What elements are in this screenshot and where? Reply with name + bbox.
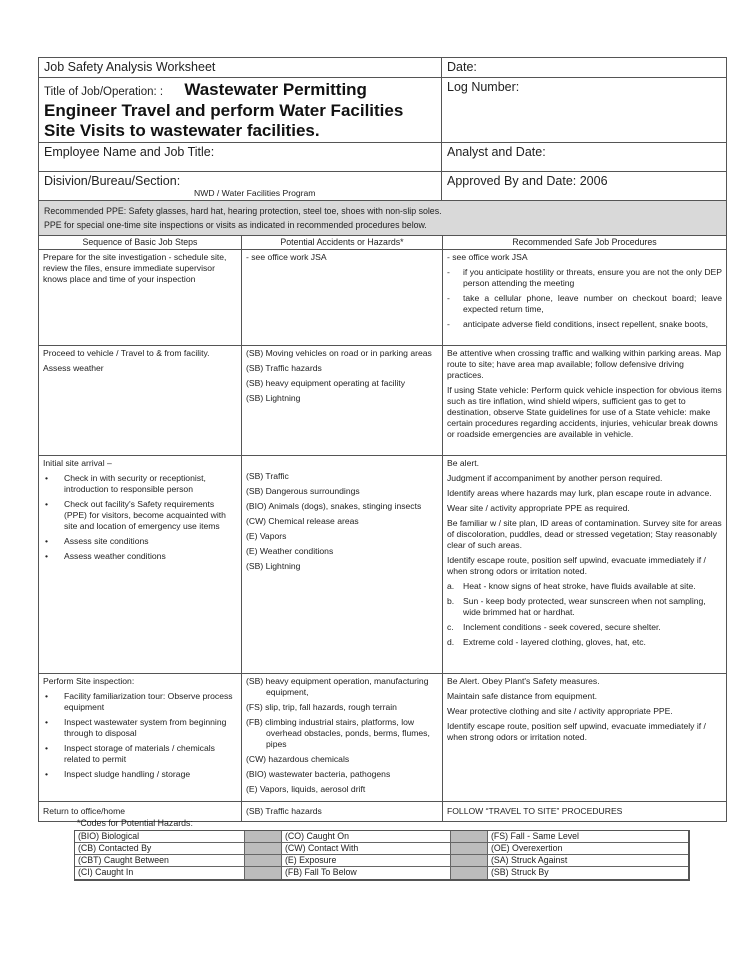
code-item: (FS) Fall - Same Level xyxy=(488,831,688,842)
jsa-worksheet: Job Safety Analysis Worksheet Date: Titl… xyxy=(38,57,727,822)
dash-marker: - xyxy=(447,267,463,289)
column-headers: Sequence of Basic Job Steps Potential Ac… xyxy=(39,236,726,250)
hazard-item: (BIO) wastewater bacteria, pathogens xyxy=(246,769,438,780)
list-item: Sun - keep body protected, wear sunscree… xyxy=(463,596,722,618)
job-title-label: Title of Job/Operation: : xyxy=(44,86,163,98)
step-bullet: Facility familiarization tour: Observe p… xyxy=(64,691,233,712)
col-header-hazards: Potential Accidents or Hazards* xyxy=(242,236,443,249)
code-item: (CB) Contacted By xyxy=(75,843,245,854)
step-cell: Proceed to vehicle / Travel to & from fa… xyxy=(39,346,242,455)
hazard-item: (E) Weather conditions xyxy=(246,546,438,557)
list-item: Heat - know signs of heat stroke, have f… xyxy=(463,581,696,592)
procedure-cell: Be attentive when crossing traffic and w… xyxy=(443,346,726,455)
hazard-cell: (SB) Traffic (SB) Dangerous surroundings… xyxy=(242,456,443,673)
hazard-item: (BIO) Animals (dogs), snakes, stinging i… xyxy=(246,501,438,512)
code-item: (FB) Fall To Below xyxy=(282,867,451,879)
procedure-item: Wear protective clothing and site / acti… xyxy=(447,706,722,717)
procedure-item: Wear site / activity appropriate PPE as … xyxy=(447,503,722,514)
job-title-block: Title of Job/Operation: : Wastewater Per… xyxy=(39,78,442,142)
table-row: Proceed to vehicle / Travel to & from fa… xyxy=(39,346,726,456)
hazard-item: (FB) climbing industrial stairs, platfor… xyxy=(246,717,438,750)
bullet-icon: • xyxy=(45,499,48,510)
procedure-item: if you anticipate hostility or threats, … xyxy=(463,267,722,289)
dash-marker: - xyxy=(447,319,463,330)
step-cell: Initial site arrival – •Check in with se… xyxy=(39,456,242,673)
division-block: Disivion/Bureau/Section: NWD / Water Fac… xyxy=(39,172,442,200)
list-marker: d. xyxy=(447,637,463,648)
procedure-item: take a cellular phone, leave number on c… xyxy=(463,293,722,315)
hazard-item: (SB) Lightning xyxy=(246,393,438,404)
hazard-item: (SB) Lightning xyxy=(246,561,438,572)
code-item: (CBT) Caught Between xyxy=(75,855,245,866)
procedure-item: Identify escape route, position self upw… xyxy=(447,555,722,577)
hazard-item: (CW) hazardous chemicals xyxy=(246,754,438,765)
job-title-line1: Wastewater Permitting xyxy=(184,80,367,99)
table-row: Prepare for the site investigation - sch… xyxy=(39,250,726,346)
weather-list: a.Heat - know signs of heat stroke, have… xyxy=(447,581,722,648)
bullet-icon: • xyxy=(45,769,48,780)
list-marker: a. xyxy=(447,581,463,592)
date-field[interactable]: Date: xyxy=(442,58,726,77)
step-intro: Perform Site inspection: xyxy=(43,676,237,687)
step-bullet: Inspect storage of materials / chemicals… xyxy=(64,743,215,764)
job-title-line2: Engineer Travel and perform Water Facili… xyxy=(44,101,436,121)
code-item: (CO) Caught On xyxy=(282,831,451,842)
codes-row: (CI) Caught In (FB) Fall To Below (SB) S… xyxy=(75,867,688,879)
codes-row: (CBT) Caught Between (E) Exposure (SA) S… xyxy=(75,855,688,867)
bullet-icon: • xyxy=(45,743,48,754)
procedure-item: Identify escape route, position self upw… xyxy=(447,721,722,743)
procedure-item: Be attentive when crossing traffic and w… xyxy=(447,348,722,381)
approved-field[interactable]: Approved By and Date: 2006 xyxy=(442,172,726,200)
hazard-cell: (SB) Moving vehicles on road or in parki… xyxy=(242,346,443,455)
step-cell: Perform Site inspection: •Facility famil… xyxy=(39,674,242,801)
hazard-cell: (SB) heavy equipment operation, manufact… xyxy=(242,674,443,801)
hazard-item: (FS) slip, trip, fall hazards, rough ter… xyxy=(246,702,438,713)
procedure-cell: FOLLOW “TRAVEL TO SITE” PROCEDURES xyxy=(443,802,726,821)
hazard-item: (SB) Dangerous surroundings xyxy=(246,486,438,497)
procedure-item: If using State vehicle: Perform quick ve… xyxy=(447,385,722,440)
hazard-item: (CW) Chemical release areas xyxy=(246,516,438,527)
header-row-employee: Employee Name and Job Title: Analyst and… xyxy=(39,143,726,172)
hazard-item: (E) Vapors, liquids, aerosol drift xyxy=(246,784,438,795)
bullet-icon: • xyxy=(45,536,48,547)
step-bullet: Inspect sludge handling / storage xyxy=(64,769,190,779)
hazard-cell: - see office work JSA xyxy=(242,250,443,345)
bullet-icon: • xyxy=(45,717,48,728)
ppe-special: PPE for special one-time site inspection… xyxy=(44,218,721,232)
code-item: (E) Exposure xyxy=(282,855,451,866)
division-label: Disivion/Bureau/Section: xyxy=(44,174,436,189)
ppe-recommended: Recommended PPE: Safety glasses, hard ha… xyxy=(44,204,721,218)
division-value: NWD / Water Facilities Program xyxy=(44,189,436,198)
procedure-item: Judgment if accompaniment by another per… xyxy=(447,473,722,484)
codes-row: (CB) Contacted By (CW) Contact With (OE)… xyxy=(75,843,688,855)
hazard-cell: (SB) Traffic hazards xyxy=(242,802,443,821)
hazard-item: (E) Vapors xyxy=(246,531,438,542)
analyst-field[interactable]: Analyst and Date: xyxy=(442,143,726,171)
worksheet-title: Job Safety Analysis Worksheet xyxy=(39,58,442,77)
hazard-item: (SB) heavy equipment operation, manufact… xyxy=(246,676,438,698)
code-item: (OE) Overexertion xyxy=(488,843,688,854)
procedure-item: FOLLOW “TRAVEL TO SITE” PROCEDURES xyxy=(447,806,722,817)
dash-marker: - xyxy=(447,293,463,315)
header-row-title: Job Safety Analysis Worksheet Date: xyxy=(39,58,726,78)
header-row-job: Title of Job/Operation: : Wastewater Per… xyxy=(39,78,726,143)
employee-field[interactable]: Employee Name and Job Title: xyxy=(39,143,442,171)
procedure-item: Maintain safe distance from equipment. xyxy=(447,691,722,702)
header-row-division: Disivion/Bureau/Section: NWD / Water Fac… xyxy=(39,172,726,201)
step-bullet: Check in with security or receptionist, … xyxy=(64,473,206,494)
hazard-item: (SB) Moving vehicles on road or in parki… xyxy=(246,348,438,359)
step-line: Proceed to vehicle / Travel to & from fa… xyxy=(43,348,237,359)
list-item: Inclement conditions - seek covered, sec… xyxy=(463,622,661,633)
list-marker: c. xyxy=(447,622,463,633)
codes-row: (BIO) Biological (CO) Caught On (FS) Fal… xyxy=(75,831,688,843)
list-marker: b. xyxy=(447,596,463,618)
hazard-item: (SB) Traffic hazards xyxy=(246,806,438,817)
list-item: Extreme cold - layered clothing, gloves,… xyxy=(463,637,646,648)
col-header-steps: Sequence of Basic Job Steps xyxy=(39,236,242,249)
procedure-cell: - see office work JSA -if you anticipate… xyxy=(443,250,726,345)
code-item: (CI) Caught In xyxy=(75,867,245,879)
hazard-item: - see office work JSA xyxy=(246,252,438,263)
step-bullet: Assess weather conditions xyxy=(64,551,166,561)
codes-title: *Codes for Potential Hazards: xyxy=(77,818,193,828)
procedure-item: Identify areas where hazards may lurk, p… xyxy=(447,488,722,499)
procedure-cell: Be Alert. Obey Plant's Safety measures. … xyxy=(443,674,726,801)
procedure-item: anticipate adverse field conditions, ins… xyxy=(463,319,708,330)
table-row: Initial site arrival – •Check in with se… xyxy=(39,456,726,674)
step-bullet: Inspect wastewater system from beginning… xyxy=(64,717,226,738)
hazard-item: (SB) Traffic hazards xyxy=(246,363,438,374)
job-title-line3: Site Visits to wastewater facilities. xyxy=(44,121,436,141)
ppe-band: Recommended PPE: Safety glasses, hard ha… xyxy=(39,201,726,236)
step-cell: Prepare for the site investigation - sch… xyxy=(39,250,242,345)
table-row: Perform Site inspection: •Facility famil… xyxy=(39,674,726,802)
hazard-item: (SB) heavy equipment operating at facili… xyxy=(246,378,438,389)
col-header-procedures: Recommended Safe Job Procedures xyxy=(443,236,726,249)
bullet-icon: • xyxy=(45,473,48,484)
procedure-item: Be familiar w / site plan, ID areas of c… xyxy=(447,518,722,551)
step-bullet: Assess site conditions xyxy=(64,536,149,546)
step-bullet: Check out facility's Safety requirements… xyxy=(64,499,226,531)
hazard-codes-table: (BIO) Biological (CO) Caught On (FS) Fal… xyxy=(74,830,690,881)
code-item: (CW) Contact With xyxy=(282,843,451,854)
procedure-item: - see office work JSA xyxy=(447,252,722,263)
bullet-icon: • xyxy=(45,551,48,562)
code-item: (SA) Struck Against xyxy=(488,855,688,866)
hazard-item: (SB) Traffic xyxy=(246,471,438,482)
code-item: (BIO) Biological xyxy=(75,831,245,842)
procedure-item: Be alert. xyxy=(447,458,722,469)
procedure-item: Be Alert. Obey Plant's Safety measures. xyxy=(447,676,722,687)
log-number-field[interactable]: Log Number: xyxy=(442,78,726,142)
step-line: Assess weather xyxy=(43,363,237,374)
bullet-icon: • xyxy=(45,691,48,702)
procedure-cell: Be alert. Judgment if accompaniment by a… xyxy=(443,456,726,673)
step-intro: Initial site arrival – xyxy=(43,458,237,469)
code-item: (SB) Struck By xyxy=(488,867,688,879)
